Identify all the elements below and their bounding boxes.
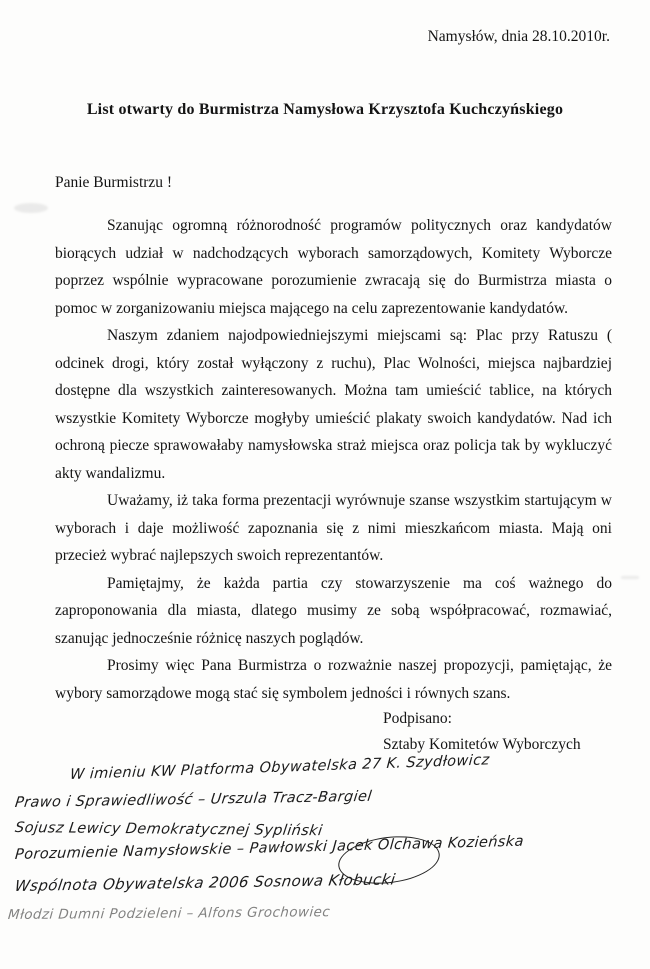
paragraph-4: Pamiętajmy, że każda partia czy stowarzy… (55, 570, 612, 653)
letter-body: Szanując ogromną różnorodność programów … (55, 212, 612, 707)
salutation: Panie Burmistrzu ! (55, 174, 172, 192)
handwritten-line-6: Młodzi Dumni Podzieleni – Alfons Grochow… (7, 904, 330, 923)
handwritten-line-2: Prawo i Sprawiedliwość – Urszula Tracz-B… (14, 789, 373, 811)
handwritten-line-3: Sojusz Lewicy Demokratycznej Sypliński (14, 820, 324, 839)
letter-title: List otwarty do Burmistrza Namysłowa Krz… (0, 101, 650, 119)
signoff-block: Podpisano: Sztaby Komitetów Wyborczych (383, 706, 581, 758)
scanned-letter-page: Namysłów, dnia 28.10.2010r. List otwarty… (0, 0, 650, 969)
scan-smudge (14, 203, 48, 213)
paragraph-5: Prosimy więc Pana Burmistrza o rozważnie… (55, 652, 612, 707)
paragraph-3: Uważamy, iż taka forma prezentacji wyrów… (55, 487, 612, 570)
handwritten-signatures-block: W imieniu KW Platforma Obywatelska 27 K.… (0, 765, 650, 950)
scan-smudge (621, 576, 639, 579)
handwritten-line-1: W imieniu KW Platforma Obywatelska 27 K.… (69, 752, 490, 783)
handwritten-line-5: Wspólnota Obywatelska 2006 Sosnowa Kłobu… (14, 870, 397, 895)
paragraph-1: Szanując ogromną różnorodność programów … (55, 212, 612, 322)
date-line: Namysłów, dnia 28.10.2010r. (428, 28, 610, 46)
paragraph-2: Naszym zdaniem najodpowiedniejszymi miej… (55, 322, 612, 487)
signoff-label: Podpisano: (383, 706, 581, 732)
